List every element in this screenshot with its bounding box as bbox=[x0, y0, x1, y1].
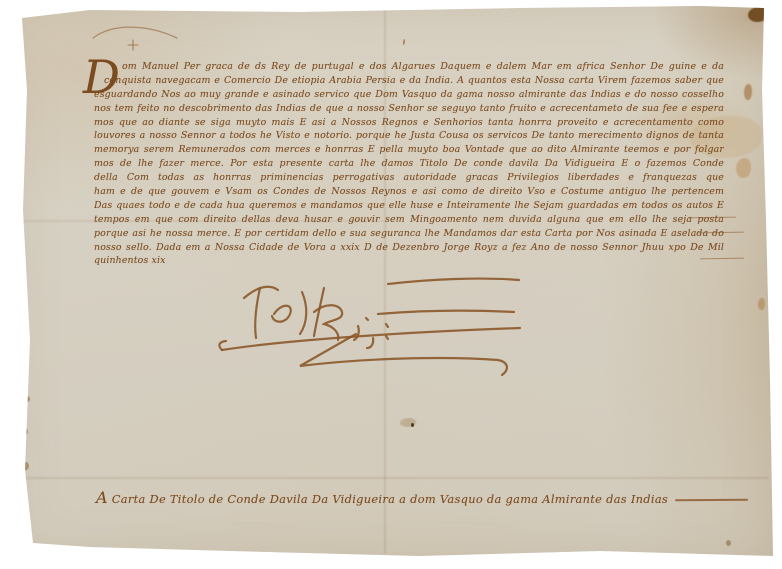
manuscript-line: louvores a nosso Sennor a todos he Visto… bbox=[94, 129, 724, 143]
docket-text: A Carta De Titolo de Conde Davila Da Vid… bbox=[96, 488, 668, 507]
dark-fleck-center bbox=[411, 423, 414, 427]
manuscript-line: porque asi he nossa merce. E por certida… bbox=[94, 227, 724, 241]
manuscript-line: della Com todas as honrras priminencias … bbox=[94, 171, 724, 185]
manuscript-text-block: om Manuel Per graca de ds Rey de purtuga… bbox=[94, 60, 724, 268]
edge-speck-3 bbox=[23, 462, 29, 470]
stain-right-edge-lower bbox=[758, 298, 765, 310]
horizontal-fold-crease-lower bbox=[24, 477, 768, 479]
manuscript-line: ham e de que gouvem e Vsam os Condes de … bbox=[94, 185, 724, 199]
royal-signature bbox=[216, 268, 526, 386]
parchment-sheet: D om Manuel Per graca de ds Rey de purtu… bbox=[0, 0, 782, 569]
manuscript-line: conquista navegacam e Comercio De etiopi… bbox=[94, 74, 724, 88]
manuscript-line: esguardando Nos ao muy grande e asinado … bbox=[94, 88, 724, 102]
stain-right-edge-upper bbox=[744, 84, 752, 100]
docket-flourish-stroke bbox=[675, 498, 748, 500]
manuscript-line: mos que ao diante se siga muyto mais E a… bbox=[94, 116, 724, 130]
stain-right-edge-mid bbox=[736, 158, 751, 178]
manuscript-line: mos de lhe fazer merce. Por esta present… bbox=[94, 157, 724, 171]
manuscript-dateline: quinhentos xix bbox=[94, 254, 724, 268]
docket-line: A Carta De Titolo de Conde Davila Da Vid… bbox=[96, 488, 748, 507]
document-photo: D om Manuel Per graca de ds Rey de purtu… bbox=[0, 0, 782, 569]
manuscript-line: om Manuel Per graca de ds Rey de purtuga… bbox=[94, 60, 724, 74]
pen-speck-top bbox=[403, 39, 406, 45]
edge-speck-1 bbox=[24, 396, 30, 402]
manuscript-line: memorya serem Remunerados com merces e h… bbox=[94, 143, 724, 157]
manuscript-line: tempos em que com direito dellas deva hu… bbox=[94, 213, 724, 227]
manuscript-line: nos tem feito no descobrimento das India… bbox=[94, 102, 724, 116]
ink-stain-top-right bbox=[748, 7, 768, 22]
edge-speck-2 bbox=[21, 428, 28, 435]
speck-bottom-right bbox=[726, 540, 731, 546]
manuscript-line: Das quaes todo e de cada hua queremos e … bbox=[94, 199, 724, 213]
manuscript-line: nosso sello. Dada em a Nossa Cidade de V… bbox=[94, 241, 724, 255]
